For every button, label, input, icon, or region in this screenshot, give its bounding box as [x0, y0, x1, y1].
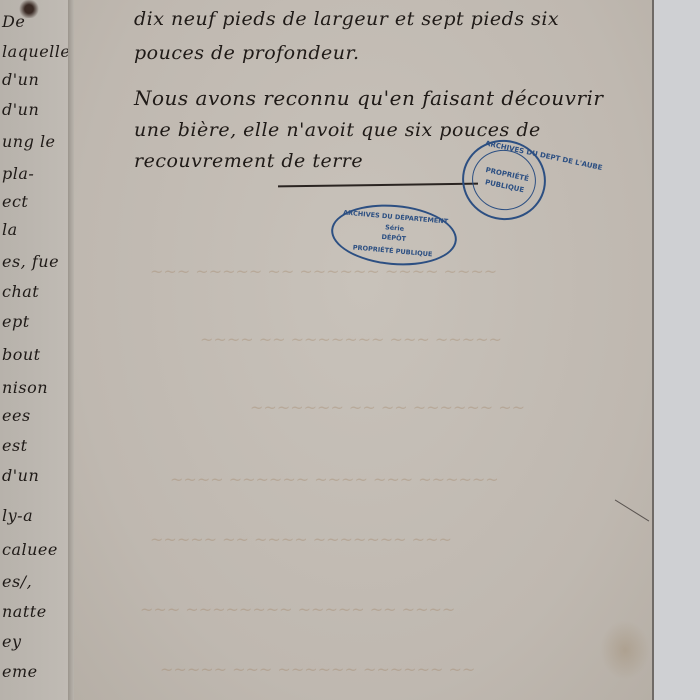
- margin-fragment: ept: [2, 312, 30, 331]
- left-facing-page: De laquelle d'un d'un ung le pla- ect la…: [0, 0, 70, 700]
- handwritten-line: pouces de profondeur.: [134, 42, 360, 64]
- paper-stain: [600, 620, 650, 680]
- margin-fragment: caluee: [2, 540, 58, 559]
- margin-fragment: es/,: [2, 572, 32, 591]
- margin-fragment: ly-a: [2, 506, 33, 525]
- table-surface: [652, 0, 700, 700]
- margin-fragment: d'un: [2, 466, 39, 485]
- handwritten-line: une bière, elle n'avoit que six pouces d…: [134, 119, 541, 141]
- margin-fragment: ect: [2, 192, 28, 211]
- handwritten-line: recouvrement de terre: [134, 150, 363, 172]
- bleed-through-text: ~~~ ~~~~~~~~ ~~~~~ ~~ ~~~~: [140, 600, 455, 619]
- margin-fragment: la: [2, 220, 18, 239]
- bleed-through-text: ~~~~~ ~~~ ~~~~~~ ~~~~~~ ~~: [160, 660, 475, 679]
- margin-fragment: pla-: [2, 164, 34, 183]
- margin-fragment: es, fue: [2, 252, 59, 271]
- margin-fragment: d'un: [2, 100, 39, 119]
- margin-fragment: d'un: [2, 70, 39, 89]
- margin-fragment: eme: [2, 662, 38, 681]
- bleed-through-text: ~~~ ~~~~~ ~~ ~~~~~~ ~~~~ ~~~~: [150, 262, 497, 281]
- margin-fragment: natte: [2, 602, 47, 621]
- margin-fragment: De: [2, 12, 25, 31]
- margin-fragment: bout: [2, 345, 41, 364]
- margin-fragment: chat: [2, 282, 39, 301]
- bleed-through-text: ~~~~~~~ ~~ ~~ ~~~~~~ ~~: [250, 398, 525, 417]
- bleed-through-text: ~~~~~ ~~ ~~~~ ~~~~~~~ ~~~: [150, 530, 452, 549]
- margin-fragment: ey: [2, 632, 22, 651]
- margin-fragment: ees: [2, 406, 31, 425]
- margin-fragment: laquelle: [2, 42, 70, 61]
- bleed-through-text: ~~~~ ~~ ~~~~~~~ ~~~ ~~~~~: [200, 330, 502, 349]
- margin-fragment: nison: [2, 378, 48, 397]
- handwritten-line: dix neuf pieds de largeur et sept pieds …: [134, 8, 559, 30]
- margin-fragment: est: [2, 436, 28, 455]
- handwritten-line: Nous avons reconnu qu'en faisant découvr…: [134, 86, 603, 110]
- bleed-through-text: ~~~~ ~~~~~~ ~~~~ ~~~ ~~~~~~: [170, 470, 499, 489]
- margin-fragment: ung le: [2, 132, 56, 151]
